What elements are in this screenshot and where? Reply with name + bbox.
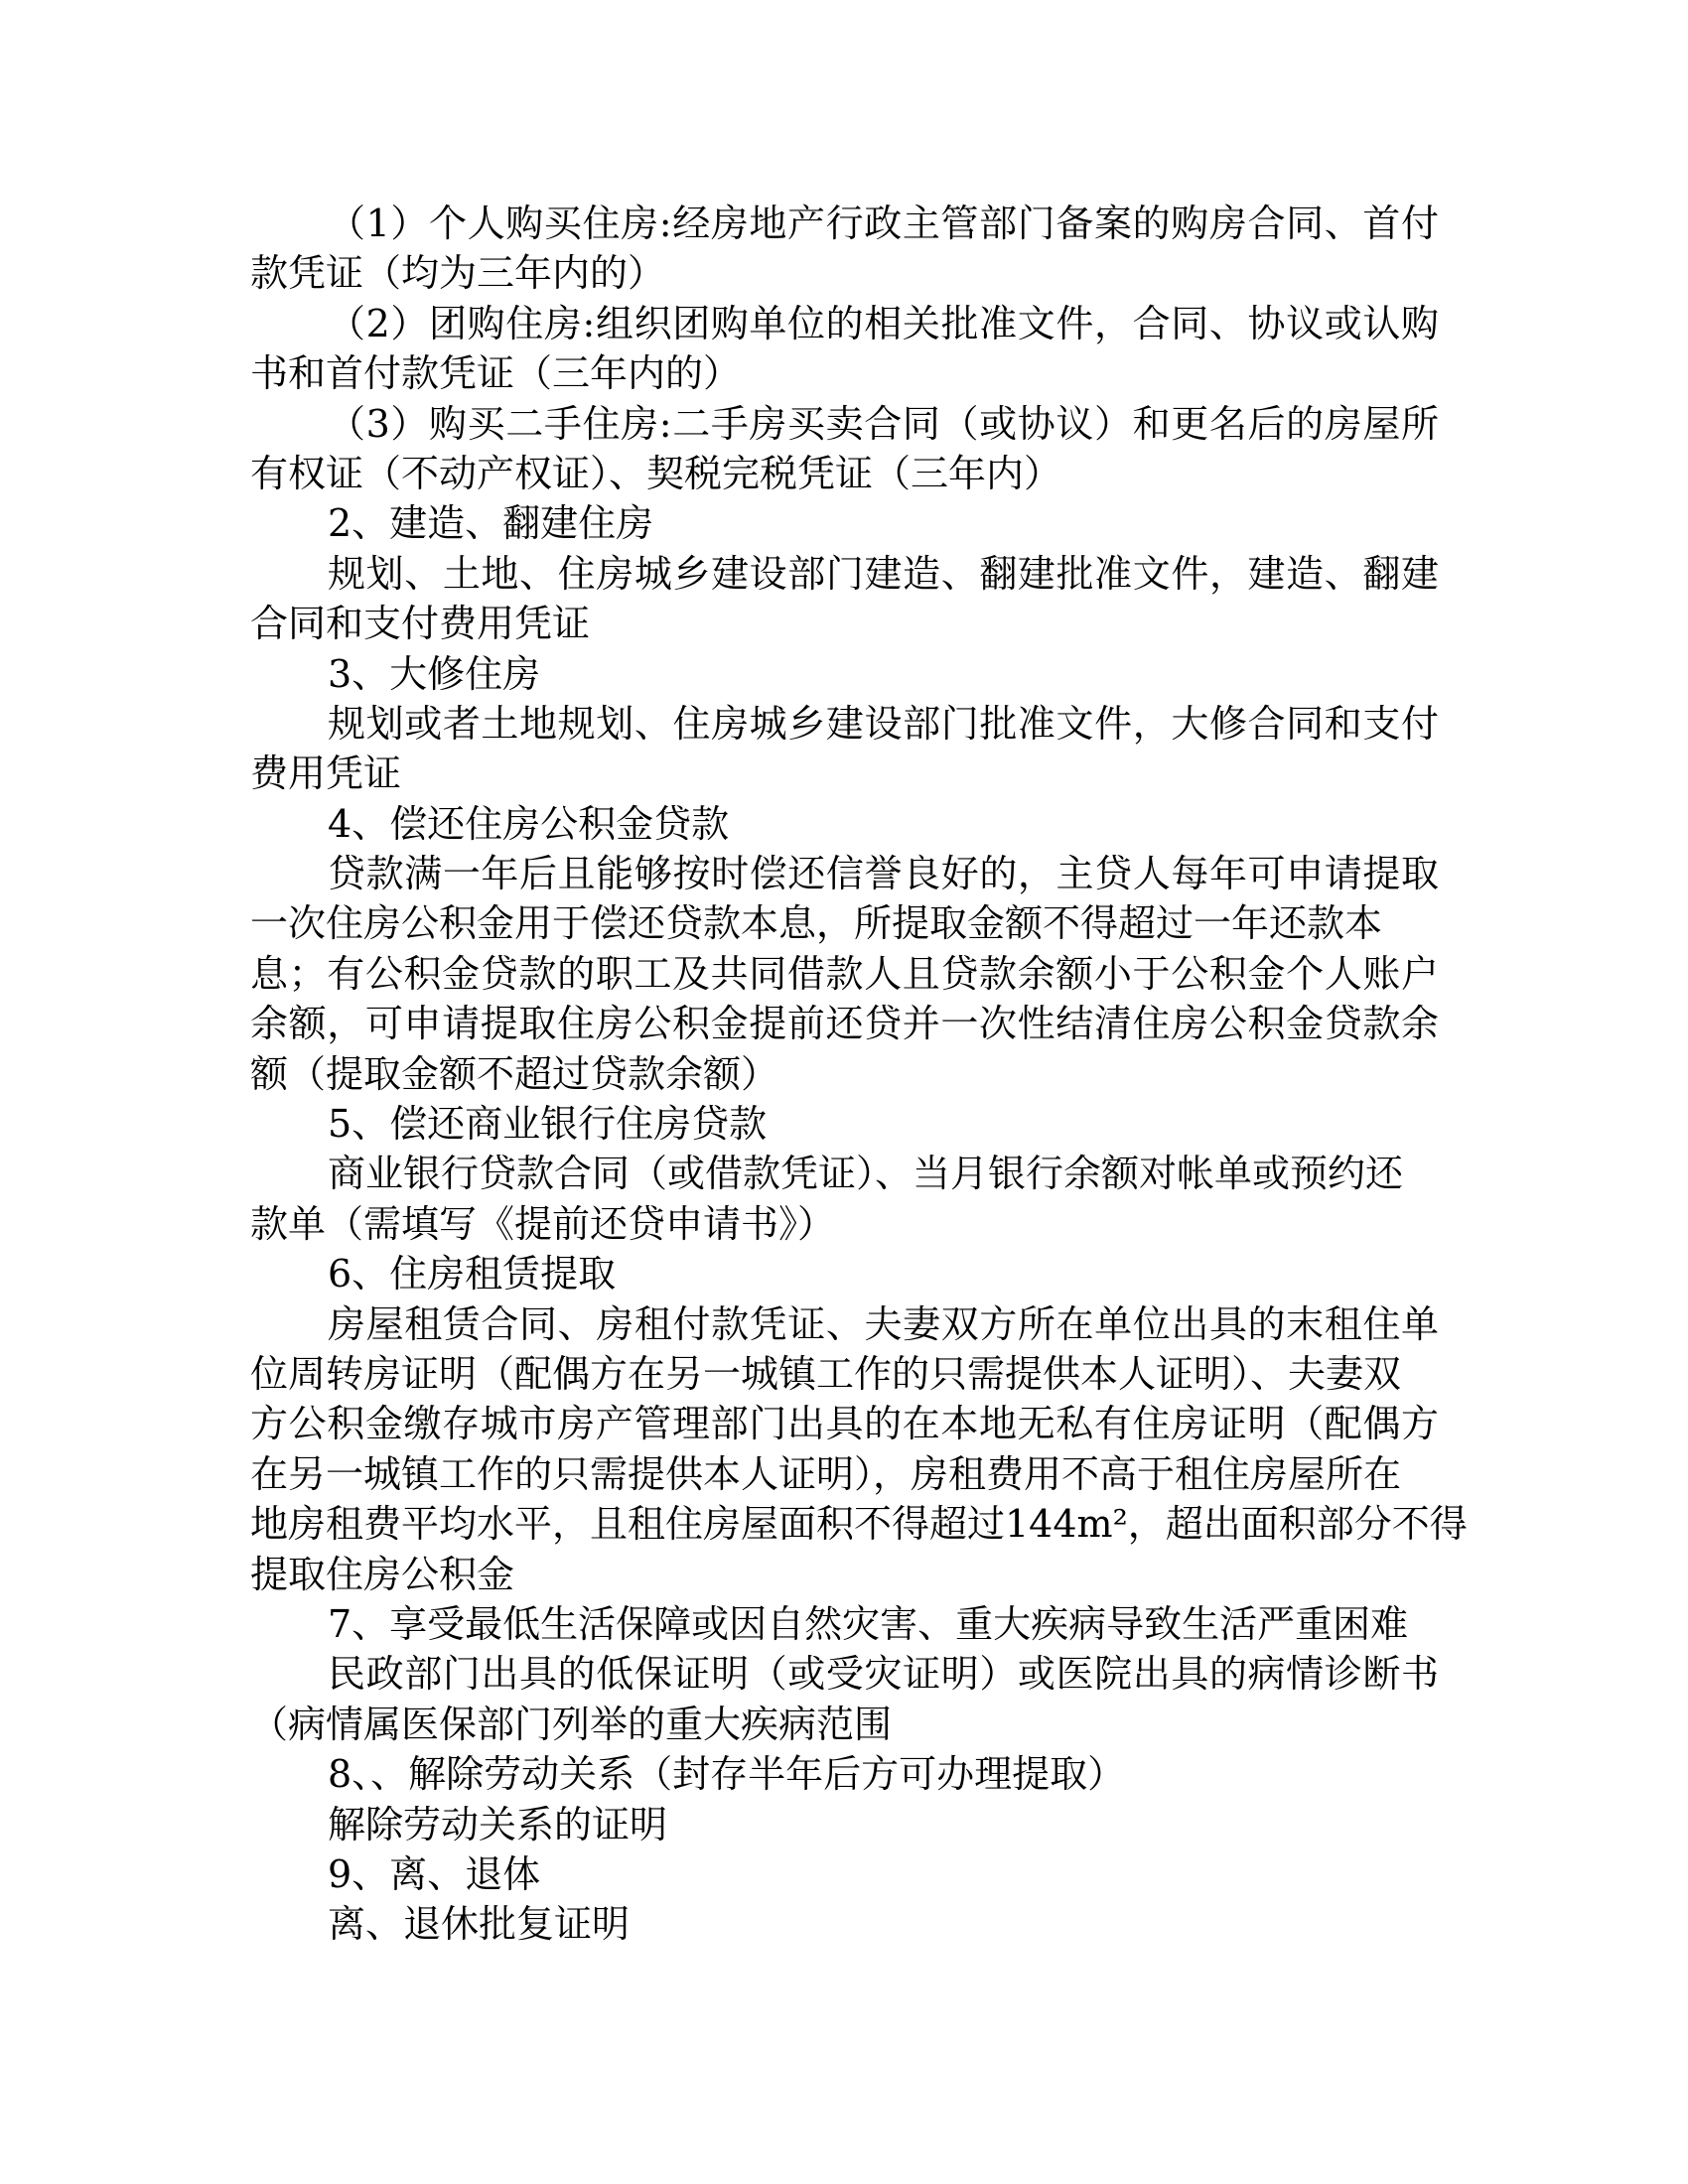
section-heading: 7、享受最低生活保障或因自然灾害、重大疾病导致生活严重困难: [250, 1599, 1439, 1649]
text-line: 书和首付款凭证（三年内的）: [250, 348, 1439, 398]
section-heading: 3、大修住房: [250, 649, 1439, 699]
text-line: 位周转房证明（配偶方在另一城镇工作的只需提供本人证明）、夫妻双: [250, 1349, 1439, 1399]
section-heading: 5、偿还商业银行住房贷款: [250, 1099, 1439, 1149]
text-line: （3）购买二手住房:二手房买卖合同（或协议）和更名后的房屋所: [250, 399, 1439, 449]
text-line: 额（提取金额不超过贷款余额）: [250, 1049, 1439, 1099]
text-line: 解除劳动关系的证明: [250, 1800, 1439, 1849]
document-body: （1）个人购买住房:经房地产行政主管部门备案的购房合同、首付 款凭证（均为三年内…: [250, 199, 1439, 1950]
section-heading: 9、离、退体: [250, 1849, 1439, 1899]
text-line: 款凭证（均为三年内的）: [250, 248, 1439, 298]
text-line: 提取住房公积金: [250, 1550, 1439, 1599]
text-line: 贷款满一年后且能够按时偿还信誉良好的，主贷人每年可申请提取: [250, 849, 1439, 898]
text-line: 一次住房公积金用于偿还贷款本息，所提取金额不得超过一年还款本: [250, 898, 1439, 948]
document-page: （1）个人购买住房:经房地产行政主管部门备案的购房合同、首付 款凭证（均为三年内…: [0, 0, 1688, 2184]
text-line: 在另一城镇工作的只需提供本人证明），房租费用不高于租住房屋所在: [250, 1449, 1439, 1499]
text-line: 规划、土地、住房城乡建设部门建造、翻建批准文件，建造、翻建: [250, 549, 1439, 599]
text-line: 地房租费平均水平，且租住房屋面积不得超过144m²，超出面积部分不得: [250, 1499, 1439, 1549]
text-line: 规划或者土地规划、住房城乡建设部门批准文件，大修合同和支付: [250, 699, 1439, 749]
text-line: 息；有公积金贷款的职工及共同借款人且贷款余额小于公积金个人账户: [250, 949, 1439, 999]
text-line: 方公积金缴存城市房产管理部门出具的在本地无私有住房证明（配偶方: [250, 1399, 1439, 1448]
section-retirement: 9、离、退体 离、退休批复证明: [250, 1849, 1439, 1950]
section-terminate-employment: 8、、解除劳动关系（封存半年后方可办理提取） 解除劳动关系的证明: [250, 1749, 1439, 1849]
section-repay-provident-fund-loan: 4、偿还住房公积金贷款 贷款满一年后且能够按时偿还信誉良好的，主贷人每年可申请提…: [250, 799, 1439, 1099]
sub-item-second-hand-purchase: （3）购买二手住房:二手房买卖合同（或协议）和更名后的房屋所 有权证（不动产权证…: [250, 399, 1439, 499]
text-line: （1）个人购买住房:经房地产行政主管部门备案的购房合同、首付: [250, 199, 1439, 248]
text-line: 合同和支付费用凭证: [250, 599, 1439, 648]
section-heading: 4、偿还住房公积金贷款: [250, 799, 1439, 849]
section-heading: 8、、解除劳动关系（封存半年后方可办理提取）: [250, 1749, 1439, 1799]
text-line: 房屋租赁合同、房租付款凭证、夫妻双方所在单位出具的末租住单: [250, 1299, 1439, 1349]
section-build-rebuild-housing: 2、建造、翻建住房 规划、土地、住房城乡建设部门建造、翻建批准文件，建造、翻建 …: [250, 498, 1439, 648]
text-line: （2）团购住房:组织团购单位的相关批准文件，合同、协议或认购: [250, 299, 1439, 348]
text-line: 民政部门出具的低保证明（或受灾证明）或医院出具的病情诊断书: [250, 1649, 1439, 1699]
section-heading: 2、建造、翻建住房: [250, 498, 1439, 548]
section-housing-rental: 6、住房租赁提取 房屋租赁合同、房租付款凭证、夫妻双方所在单位出具的末租住单 位…: [250, 1249, 1439, 1599]
text-line: 离、退休批复证明: [250, 1899, 1439, 1949]
section-repay-commercial-loan: 5、偿还商业银行住房贷款 商业银行贷款合同（或借款凭证）、当月银行余额对帐单或预…: [250, 1099, 1439, 1249]
text-line: （病情属医保部门列举的重大疾病范围: [250, 1700, 1439, 1749]
sub-item-group-purchase: （2）团购住房:组织团购单位的相关批准文件，合同、协议或认购 书和首付款凭证（三…: [250, 299, 1439, 399]
section-heading: 6、住房租赁提取: [250, 1249, 1439, 1298]
text-line: 有权证（不动产权证）、契税完税凭证（三年内）: [250, 449, 1439, 498]
text-line: 余额，可申请提取住房公积金提前还贷并一次性结清住房公积金贷款余: [250, 999, 1439, 1048]
section-major-repair: 3、大修住房 规划或者土地规划、住房城乡建设部门批准文件，大修合同和支付 费用凭…: [250, 649, 1439, 799]
sub-item-individual-purchase: （1）个人购买住房:经房地产行政主管部门备案的购房合同、首付 款凭证（均为三年内…: [250, 199, 1439, 299]
section-hardship: 7、享受最低生活保障或因自然灾害、重大疾病导致生活严重困难 民政部门出具的低保证…: [250, 1599, 1439, 1749]
text-line: 费用凭证: [250, 749, 1439, 798]
text-line: 款单（需填写《提前还贷申请书》）: [250, 1199, 1439, 1249]
text-line: 商业银行贷款合同（或借款凭证）、当月银行余额对帐单或预约还: [250, 1149, 1439, 1198]
